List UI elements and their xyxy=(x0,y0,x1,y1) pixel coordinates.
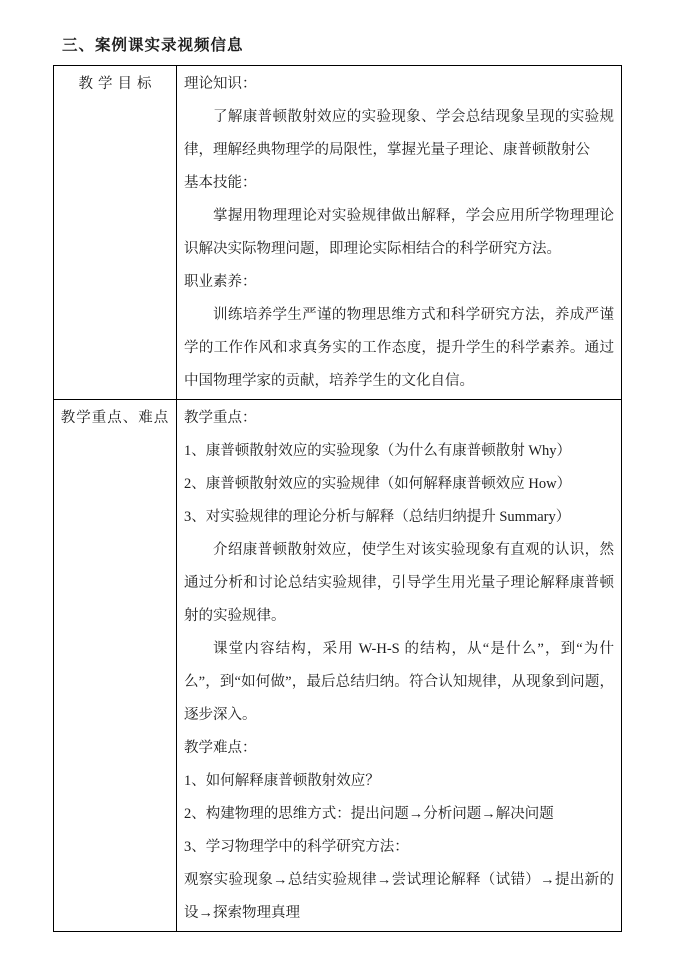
page-title: 三、案例课实录视频信息 xyxy=(62,33,244,55)
text-line: 教学难点： xyxy=(184,732,614,765)
text-line: 训练培养学生严谨的物理思维方式和科学研究方法，养成严谨科 xyxy=(184,299,614,332)
text-line: 么”，到“如何做”，最后总结归纳。符合认知规律，从现象到问题， xyxy=(184,666,614,699)
text-line: 2、构建物理的思维方式：提出问题→分析问题→解决问题 xyxy=(184,798,614,831)
text-line: 了解康普顿散射效应的实验现象、学会总结现象呈现的实验规 xyxy=(184,101,614,134)
text-line: 基本技能： xyxy=(184,167,614,200)
text-line: 1、如何解释康普顿散射效应？ xyxy=(184,765,614,798)
text-line: 观察实验现象→总结实验规律→尝试理论解释（试错）→提出新的假 xyxy=(184,864,614,897)
text-line: 射的实验规律。 xyxy=(184,600,614,633)
text-line: 职业素养： xyxy=(184,266,614,299)
text-line: 通过分析和讨论总结实验规律，引导学生用光量子理论解释康普顿散 xyxy=(184,567,614,600)
row-header: 教学目标 xyxy=(56,68,174,101)
text-line: 逐步深入。 xyxy=(184,699,614,732)
text-line: 律，理解经典物理学的局限性，掌握光量子理论、康普顿散射公式。 xyxy=(184,134,614,167)
document-page: 三、案例课实录视频信息 教学目标理论知识：了解康普顿散射效应的实验现象、学会总结… xyxy=(0,0,678,971)
info-table: 教学目标理论知识：了解康普顿散射效应的实验现象、学会总结现象呈现的实验规律，理解… xyxy=(53,65,622,932)
text-line: 1、康普顿散射效应的实验现象（为什么有康普顿散射 Why） xyxy=(184,435,614,468)
row-header-cell: 教学目标 xyxy=(54,66,177,400)
row-header: 教学重点、难点 xyxy=(56,402,174,435)
text-line: 识解决实际物理问题，即理论实际相结合的科学研究方法。 xyxy=(184,233,614,266)
text-line: 设→探索物理真理 xyxy=(184,897,614,930)
table-row: 教学目标理论知识：了解康普顿散射效应的实验现象、学会总结现象呈现的实验规律，理解… xyxy=(54,66,622,400)
table-row: 教学重点、难点教学重点：1、康普顿散射效应的实验现象（为什么有康普顿散射 Why… xyxy=(54,400,622,932)
row-content-cell: 教学重点：1、康普顿散射效应的实验现象（为什么有康普顿散射 Why）2、康普顿散… xyxy=(177,400,622,932)
text-line: 介绍康普顿散射效应，使学生对该实验现象有直观的认识，然后 xyxy=(184,534,614,567)
table-body: 教学目标理论知识：了解康普顿散射效应的实验现象、学会总结现象呈现的实验规律，理解… xyxy=(54,66,622,932)
text-line: 3、对实验规律的理论分析与解释（总结归纳提升 Summary） xyxy=(184,501,614,534)
text-line: 课堂内容结构，采用 W-H-S 的结构，从“是什么”，到“为什 xyxy=(184,633,614,666)
text-line: 理论知识： xyxy=(184,68,614,101)
text-line: 中国物理学家的贡献，培养学生的文化自信。 xyxy=(184,365,614,398)
text-line: 2、康普顿散射效应的实验规律（如何解释康普顿效应 How） xyxy=(184,468,614,501)
text-line: 教学重点： xyxy=(184,402,614,435)
text-line: 学的工作作风和求真务实的工作态度，提升学生的科学素养。通过对 xyxy=(184,332,614,365)
text-line: 掌握用物理理论对实验规律做出解释，学会应用所学物理理论知 xyxy=(184,200,614,233)
text-line: 3、学习物理学中的科学研究方法： xyxy=(184,831,614,864)
row-header-cell: 教学重点、难点 xyxy=(54,400,177,932)
row-content-cell: 理论知识：了解康普顿散射效应的实验现象、学会总结现象呈现的实验规律，理解经典物理… xyxy=(177,66,622,400)
